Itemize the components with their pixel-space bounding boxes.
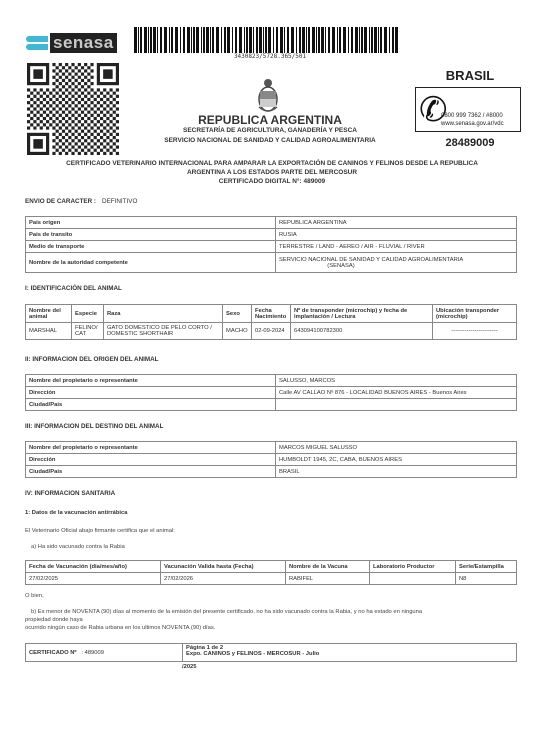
hdr-raza: Raza (104, 305, 223, 323)
dest-label-direccion: Dirección (26, 454, 276, 466)
senasa-logo-mark-icon (26, 35, 48, 51)
hdr-fecha-nac: Fecha Nacimiento (252, 305, 291, 323)
origin-value-direccion: Calle AV CALLAO Nº 876 - LOCALIDAD BUENO… (276, 387, 517, 399)
section4-title: IV: INFORMACION SANITARIA (25, 490, 115, 497)
vaccination-table: Fecha de Vacunación (dia/mes/año) Vacuna… (25, 560, 517, 585)
item-b-line3: ocurrido ningún caso de Rabia urbana en … (25, 625, 215, 631)
label-pais-origen: Pais origen (26, 217, 276, 229)
vacc-serie: N8 (456, 573, 517, 585)
barcode-icon (134, 27, 399, 53)
label-medio-transporte: Medio de transporte (26, 241, 276, 253)
cell-ubicacion: ------------------------ (433, 323, 517, 340)
cell-raza: GATO DOMESTICO DE PELO CORTO / DOMESTIC … (104, 323, 223, 340)
cell-transponder: 643094100782300 (291, 323, 433, 340)
dest-label-propietario: Nombre del propietario o representante (26, 442, 276, 454)
o-bien: O bien, (25, 593, 44, 599)
autoridad-line2: (SENASA) (279, 263, 513, 269)
vacc-hdr-valida: Vacunación Valida hasta (Fecha) (161, 561, 286, 573)
agency-name: SERVICIO NACIONAL DE SANIDAD Y CALIDAD A… (130, 137, 410, 144)
vacc-hdr-laboratorio: Laboratorio Productor (370, 561, 456, 573)
cell-especie: FELINO/ CAT (72, 323, 104, 340)
destination-country: BRASIL (420, 68, 520, 83)
general-info-table: Pais origenREPUBLICA ARGENTINA Pais de t… (25, 216, 517, 273)
footer-cert-value: : 489009 (81, 650, 104, 656)
item-b-line2: propiedad donde haya (25, 617, 83, 623)
doc-title-line1: CERTIFICADO VETERINARIO INTERNACIONAL PA… (30, 159, 514, 168)
hdr-nombre: Nombre del animal (26, 305, 72, 323)
footer-cert-label: CERTIFICADO Nº (29, 650, 77, 656)
destination-table: Nombre del propietario o representanteMA… (25, 441, 517, 478)
vacc-laboratorio (370, 573, 456, 585)
ministry-name: SECRETARÍA DE AGRICULTURA, GANADERÍA Y P… (150, 127, 390, 134)
vacc-valida: 27/02/2026 (161, 573, 286, 585)
vacc-hdr-nombre: Nombre de la Vacuna (286, 561, 370, 573)
argentina-coat-of-arms-icon (255, 77, 281, 115)
origin-label-propietario: Nombre del propietario o representante (26, 375, 276, 387)
doc-title-line3: CERTIFICADO DIGITAL N°: 489009 (30, 177, 514, 186)
doc-title-line2: ARGENTINA A LOS ESTADOS PARTE DEL MERCOS… (30, 168, 514, 177)
section1-title: I: IDENTIFICACIÓN DEL ANIMAL (25, 285, 122, 292)
origin-label-ciudad: Ciudad/Pais (26, 399, 276, 411)
value-pais-transito: RUSIA (276, 229, 517, 241)
envio-value: DEFINITIVO (102, 198, 137, 205)
dest-value-direccion: HUMBOLDT 1945, 2C, CABA, BUENOS AIRES (276, 454, 517, 466)
origin-value-ciudad (276, 399, 517, 411)
dest-value-propietario: MARCOS MIGUEL SALUSSO (276, 442, 517, 454)
hdr-ubicacion: Ubicación transponder (microchip) (433, 305, 517, 323)
vacc-fecha: 27/02/2025 (26, 573, 161, 585)
hdr-especie: Especie (72, 305, 104, 323)
section3-title: III: INFORMACION DEL DESTINO DEL ANIMAL (25, 423, 163, 430)
value-medio-transporte: TERRESTRE / LAND - AEREO / AIR - FLUVIAL… (276, 241, 517, 253)
dest-label-ciudad: Ciudad/Pais (26, 466, 276, 478)
cuve-title: CUVE (441, 90, 543, 99)
barcode-number: 3430823/5728.365/501 (200, 53, 340, 60)
cell-sexo: MACHO (223, 323, 252, 340)
qr-code-icon (27, 63, 119, 155)
item-b-line1: b) Es menor de NOVENTA (90) días al mome… (31, 609, 422, 615)
footer-cert: CERTIFICADO Nº : 489009 (26, 644, 183, 662)
envio-caracter: ENVIO DE CARACTER :DEFINITIVO (25, 198, 137, 205)
dest-value-ciudad: BRASIL (276, 466, 517, 478)
senasa-logo-text: senasa (50, 33, 117, 53)
vacc-nombre: RABIFEL (286, 573, 370, 585)
cell-fecha-nac: 02-09-2024 (252, 323, 291, 340)
cuve-number: 28489009 (420, 137, 520, 149)
cuve-phone: 0800 999 7362 / #8000 (441, 113, 503, 119)
hdr-sexo: Sexo (223, 305, 252, 323)
origin-label-direccion: Dirección (26, 387, 276, 399)
cell-nombre: MARSHAL (26, 323, 72, 340)
vacc-hdr-serie: Serie/Estampilla (456, 561, 517, 573)
origin-value-propietario: SALUSSO, MARCOS (276, 375, 517, 387)
value-pais-origen: REPUBLICA ARGENTINA (276, 217, 517, 229)
footer-year: /2025 (182, 664, 197, 670)
section4-item-a: a) Ha sido vacunado contra la Rabia (31, 544, 125, 550)
section4-intro: El Veterinario Oficial abajo firmante ce… (25, 528, 175, 534)
value-autoridad: SERVICIO NACIONAL DE SANIDAD Y CALIDAD A… (276, 253, 517, 273)
senasa-logo: senasa (26, 33, 122, 53)
vacc-hdr-fecha: Fecha de Vacunación (dia/mes/año) (26, 561, 161, 573)
country-title: REPUBLICA ARGENTINA (150, 113, 390, 127)
footer-table: CERTIFICADO Nº : 489009 Página 1 de 2 Ex… (25, 643, 517, 662)
hdr-transponder: Nº de transponder (microchip) y fecha de… (291, 305, 433, 323)
footer-page-info: Página 1 de 2 Expo. CANINOS y FELINOS - … (183, 644, 517, 662)
envio-label: ENVIO DE CARACTER : (25, 198, 96, 205)
animal-id-table: Nombre del animal Especie Raza Sexo Fech… (25, 304, 517, 340)
cuve-box: ✆ CUVE 0800 999 7362 / #8000 www.senasa.… (415, 87, 521, 132)
cuve-url: www.senasa.gov.ar/vdc (441, 121, 504, 127)
origin-table: Nombre del propietario o representanteSA… (25, 374, 517, 411)
footer-expo: Expo. CANINOS y FELINOS - MERCOSUR - Jul… (186, 651, 513, 657)
section4-subtitle: 1: Datos de la vacunación antirrábica (25, 510, 127, 516)
section2-title: II: INFORMACION DEL ORIGEN DEL ANIMAL (25, 356, 159, 363)
label-autoridad: Nombre de la autoridad competente (26, 253, 276, 273)
label-pais-transito: Pais de transito (26, 229, 276, 241)
